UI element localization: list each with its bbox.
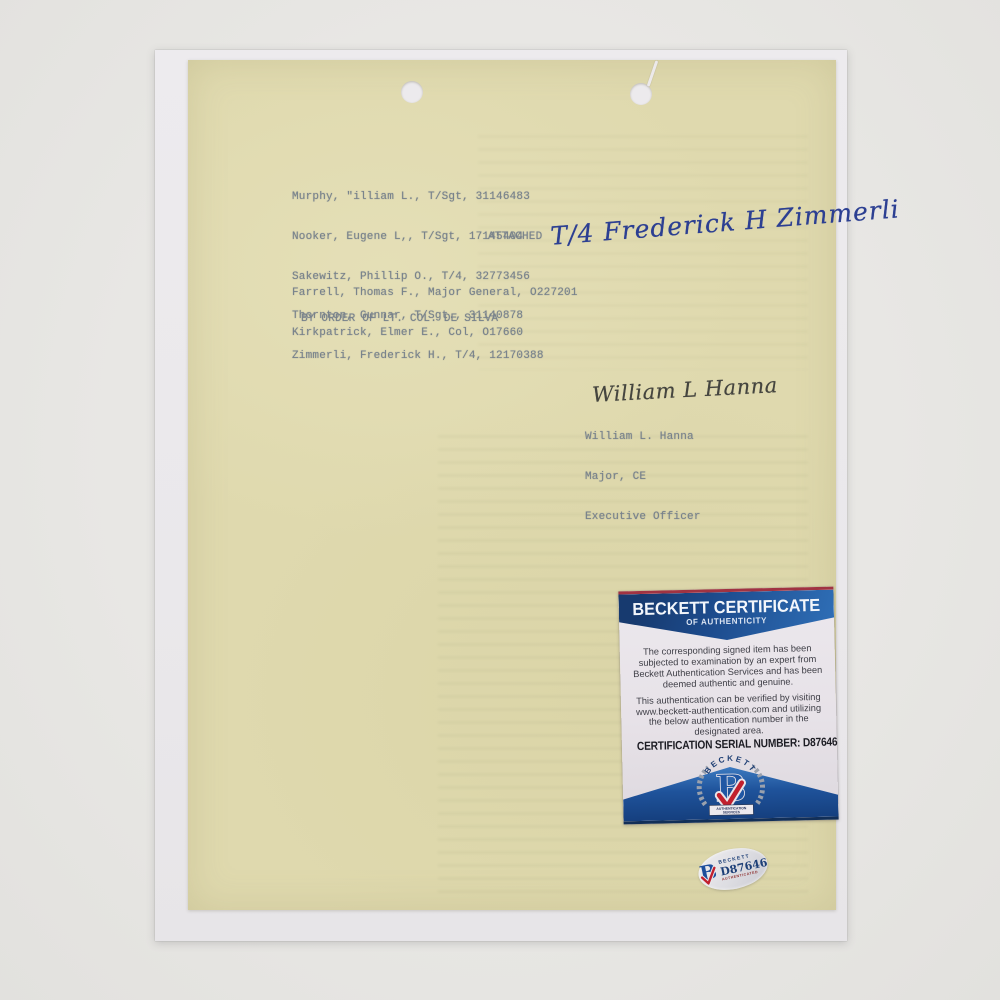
ribbon-banner-icon: AUTHENTICATION SERVICES	[709, 804, 753, 815]
attached-line: Kirkpatrick, Elmer E., Col, O17660	[292, 327, 578, 340]
signature-rank: Major, CE	[585, 471, 701, 484]
punch-hole-left	[401, 81, 423, 103]
beckett-coa-label: BECKETT CERTIFICATE OF AUTHENTICITY The …	[618, 587, 838, 825]
order-line: BY ORDER OF LT. COL. DE SILVA	[301, 313, 498, 326]
coa-paragraph-1: The corresponding signed item has been s…	[630, 643, 826, 691]
coa-body-text: The corresponding signed item has been s…	[630, 643, 827, 745]
signature-title: Executive Officer	[585, 511, 701, 524]
product-photo: Murphy, "illiam L., T/Sgt, 31146483 Nook…	[0, 0, 1000, 1000]
beckett-b-check-icon: B	[696, 859, 721, 889]
coa-paragraph-2: This authentication can be verified by v…	[631, 691, 827, 739]
hanna-autograph: William L Hanna	[591, 373, 778, 407]
paper-tear	[647, 60, 659, 87]
attached-heading: ATTACHED	[488, 231, 542, 244]
zimmerli-autograph: T/4 Frederick H Zimmerli	[549, 194, 900, 250]
attached-line: Farrell, Thomas F., Major General, O2272…	[292, 287, 578, 300]
signature-block: William L. Hanna Major, CE Executive Off…	[585, 405, 701, 550]
signature-name: William L. Hanna	[585, 431, 701, 444]
roster-line: Murphy, "illiam L., T/Sgt, 31146483	[292, 191, 544, 204]
beckett-crest-icon: BECKETT B AUTHENTICATION SERVICES	[688, 749, 774, 822]
coa-banner: BECKETT CERTIFICATE OF AUTHENTICITY	[618, 590, 834, 643]
coa-serial-number: D87646	[803, 735, 838, 750]
ribbon-line-2: SERVICES	[722, 810, 740, 814]
